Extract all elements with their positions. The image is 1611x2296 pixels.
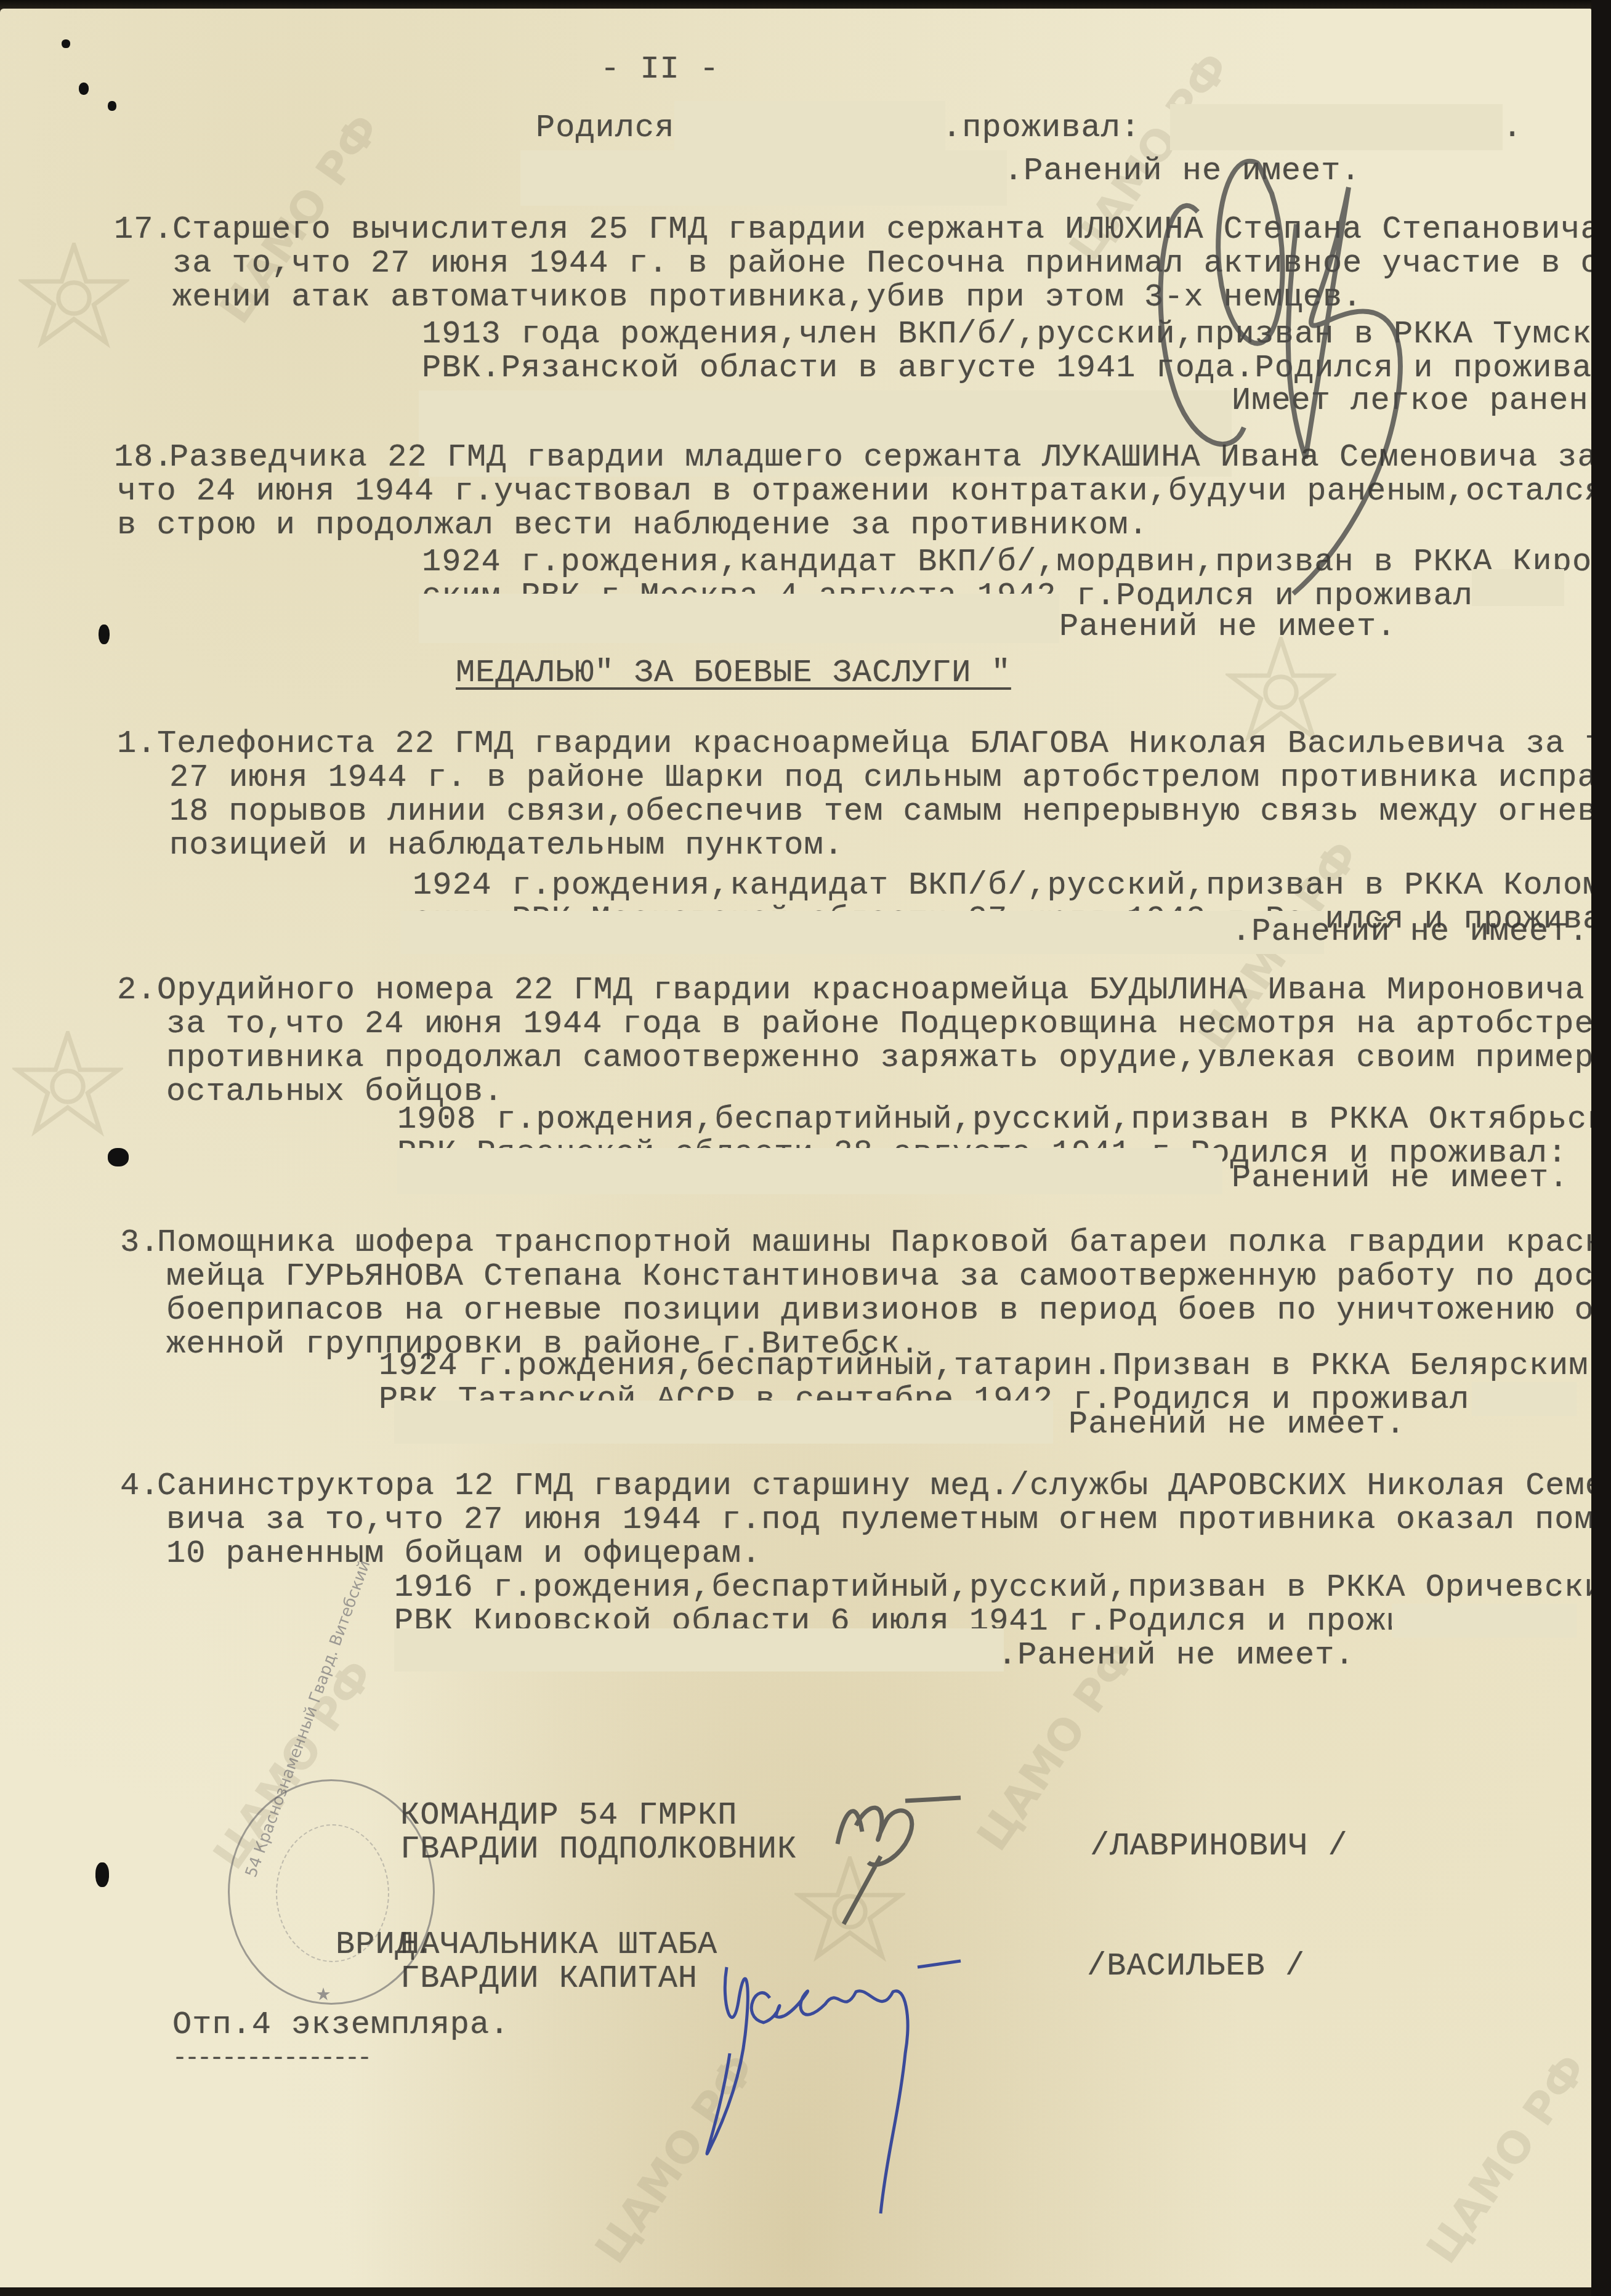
chief-rank: ГВАРДИИ КАПИТАН xyxy=(400,1961,698,1997)
entry-bio: 1924 г.рождения,беспартийный,татарин.При… xyxy=(379,1348,1589,1384)
copies-rule: ---------------- xyxy=(172,2041,369,2077)
entry-line: противника продолжал самоотверженно заря… xyxy=(166,1040,1611,1076)
entry-number: 3. xyxy=(120,1225,159,1261)
entry-bio: Ранений не имеет. xyxy=(1232,1160,1569,1196)
watermark: ЦАМО РФ xyxy=(1416,2045,1597,2272)
entry-line: мейца ГУРЬЯНОВА Степана Константиновича … xyxy=(166,1259,1611,1295)
redaction-box xyxy=(419,594,1059,643)
chief-title: НАЧАЛЬНИКА ШТАБА xyxy=(400,1927,717,1963)
redaction-box xyxy=(1392,1604,1577,1638)
entry-bio: 1916 г.рождения,беспартийный,русский,при… xyxy=(394,1570,1611,1606)
entry-line: Разведчика 22 ГМД гвардии младшего сержа… xyxy=(169,440,1611,475)
chief-signature xyxy=(702,1893,1047,2226)
section-heading: МЕДАЛЬЮ" ЗА БОЕВЫЕ ЗАСЛУГИ " xyxy=(456,655,1011,691)
entry-bio: .Ранений не имеет. xyxy=(1232,914,1589,950)
punch-hole xyxy=(99,625,110,644)
copies-note: Отп.4 экземпляра. xyxy=(172,2007,510,2043)
entry-bio: 1908 г.рождения,беспартийный,русский,при… xyxy=(397,1102,1611,1138)
entry-line: 27 июня 1944 г. в районе Шарки под сильн… xyxy=(169,760,1611,796)
scan-edge-right xyxy=(1591,0,1611,2296)
commander-rank: ГВАРДИИ ПОДПОЛКОВНИК xyxy=(400,1832,797,1867)
entry-line: Санинструктора 12 ГМД гвардии старшину м… xyxy=(157,1468,1611,1504)
redaction-box xyxy=(394,1628,1004,1671)
punch-hole xyxy=(108,101,116,111)
redaction-box xyxy=(400,911,1324,954)
punch-hole xyxy=(95,1862,109,1887)
entry-bio: Ранений не имеет. xyxy=(1068,1407,1406,1442)
redaction-box xyxy=(1472,1382,1577,1416)
commander-name: /ЛАВРИНОВИЧ / xyxy=(1090,1829,1348,1864)
punch-hole xyxy=(62,39,70,48)
entry-line: за то,что 24 июня 1944 года в районе Под… xyxy=(166,1006,1611,1042)
entry-line: 10 раненным бойцам и офицерам. xyxy=(166,1536,761,1572)
entry-line: 18 порывов линии связи,обеспечив тем сам… xyxy=(169,794,1611,830)
redaction-box xyxy=(397,1148,1222,1194)
entry-number: 4. xyxy=(120,1468,159,1504)
entry-number: 17. xyxy=(114,212,174,248)
carry-born-label: Родился xyxy=(536,110,674,146)
redaction-box xyxy=(520,150,1007,206)
entry-line: в строю и продолжал вести наблюдение за … xyxy=(117,507,1149,543)
entry-line: боеприпасов на огневые позиции дивизионо… xyxy=(166,1293,1611,1328)
carry-lived-label: .проживал: xyxy=(942,110,1141,146)
entry-number: 2. xyxy=(117,972,156,1008)
redaction-box xyxy=(394,1401,1053,1444)
page-marker: - II - xyxy=(600,52,719,87)
seal-star-icon: ★ xyxy=(316,1978,331,2008)
entry-bio: 1924 г.рождения,кандидат ВКП/б/,русский,… xyxy=(413,868,1611,903)
medal-star-watermark-icon xyxy=(18,243,129,354)
entry-line: Телефониста 22 ГМД гвардии красноармейца… xyxy=(157,726,1611,762)
entry-number: 18. xyxy=(114,440,174,475)
redaction-box xyxy=(1472,569,1564,606)
punch-hole xyxy=(79,83,89,95)
redaction-box xyxy=(674,101,945,150)
entry-line: Помощника шофера транспортной машины Пар… xyxy=(157,1225,1611,1261)
entry-line: что 24 июня 1944 г.участвовал в отражени… xyxy=(117,474,1604,509)
handwritten-mark xyxy=(1139,138,1521,606)
entry-bio: 1924 г.рождения,кандидат ВКП/б/,мордвин,… xyxy=(422,544,1611,580)
document-page: ЦАМО РФ ЦАМО РФ ЦАМО РФ ЦАМО РФ ЦАМО РФ … xyxy=(0,9,1591,2287)
punch-hole xyxy=(108,1148,129,1166)
entry-bio: .Ранений не имеет. xyxy=(998,1638,1355,1673)
entry-line: Орудийного номера 22 ГМД гвардии красноа… xyxy=(157,972,1585,1008)
chief-name: /ВАСИЛЬЕВ / xyxy=(1087,1949,1305,1984)
commander-title: КОМАНДИР 54 ГМРКП xyxy=(400,1798,738,1833)
medal-star-watermark-icon xyxy=(12,1031,123,1142)
entry-line: вича за то,что 27 июня 1944 г.под пулеме… xyxy=(166,1502,1611,1538)
entry-bio: Ранений не имеет. xyxy=(1059,609,1397,645)
entry-line: позицией и наблюдательным пунктом. xyxy=(169,828,844,863)
entry-number: 1. xyxy=(117,726,156,762)
